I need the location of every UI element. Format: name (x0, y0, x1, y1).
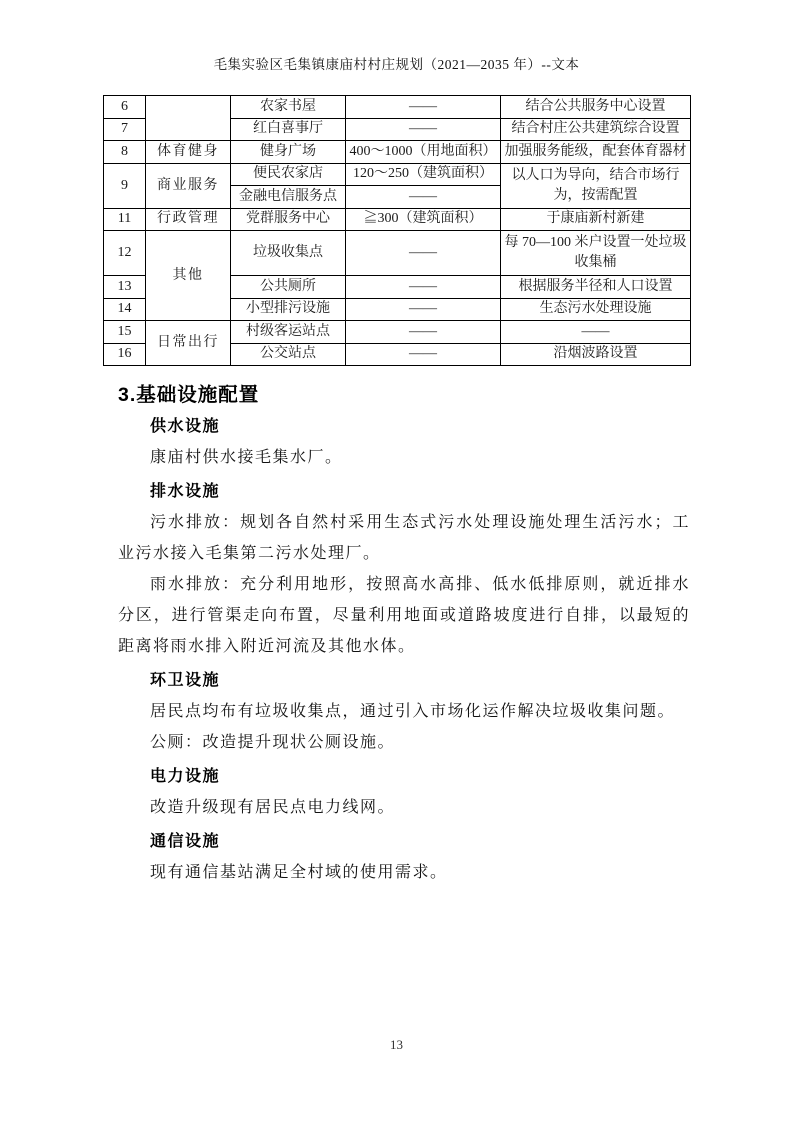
cell-note: 根据服务半径和人口设置 (501, 276, 691, 299)
paragraph: 居民点均布有垃圾收集点，通过引入市场化运作解决垃圾收集问题。 (118, 696, 690, 727)
cell-row-number: 11 (104, 208, 146, 231)
cell-note: 结合公共服务中心设置 (501, 96, 691, 119)
cell-facility-name: 公共厕所 (231, 276, 346, 299)
cell-scale: 120～250（建筑面积） (346, 163, 501, 186)
cell-row-number: 9 (104, 163, 146, 208)
section-heading: 3.基础设施配置 (118, 382, 690, 408)
cell-row-number: 14 (104, 298, 146, 321)
cell-facility-name: 金融电信服务点 (231, 186, 346, 209)
cell-facility-name: 党群服务中心 (231, 208, 346, 231)
subsection-heading: 排水设施 (150, 481, 690, 503)
cell-facility-name: 村级客运站点 (231, 321, 346, 344)
cell-row-number: 8 (104, 141, 146, 164)
cell-scale: —— (346, 96, 501, 119)
cell-note: 生态污水处理设施 (501, 298, 691, 321)
cell-row-number: 6 (104, 96, 146, 119)
cell-category (146, 96, 231, 141)
cell-note: 每 70—100 米户设置一处垃圾收集桶 (501, 231, 691, 276)
cell-facility-name: 垃圾收集点 (231, 231, 346, 276)
subsection-heading: 电力设施 (150, 766, 690, 788)
subsection-communication: 通信设施 现有通信基站满足全村域的使用需求。 (103, 831, 690, 888)
page-number: 13 (0, 1037, 793, 1053)
cell-facility-name: 红白喜事厅 (231, 118, 346, 141)
cell-note: 加强服务能级，配套体育器材 (501, 141, 691, 164)
cell-category: 商业服务 (146, 163, 231, 208)
cell-note: 于康庙新村新建 (501, 208, 691, 231)
table-row: 6 农家书屋 —— 结合公共服务中心设置 (104, 96, 691, 119)
page-header: 毛集实验区毛集镇康庙村村庄规划（2021—2035 年）--文本 (0, 57, 793, 72)
cell-note: 以人口为导向，结合市场行为，按需配置 (501, 163, 691, 208)
cell-row-number: 15 (104, 321, 146, 344)
paragraph: 改造升级现有居民点电力线网。 (118, 792, 690, 823)
paragraph: 康庙村供水接毛集水厂。 (118, 442, 690, 473)
cell-note: —— (501, 321, 691, 344)
section-infrastructure: 3.基础设施配置 供水设施 康庙村供水接毛集水厂。 排水设施 污水排放：规划各自… (103, 382, 690, 888)
cell-note: 结合村庄公共建筑综合设置 (501, 118, 691, 141)
paragraph: 现有通信基站满足全村域的使用需求。 (118, 857, 690, 888)
document-page: { "header": { "title": "毛集实验区毛集镇康庙村村庄规划（… (0, 0, 793, 1122)
table-row: 9 商业服务 便民农家店 120～250（建筑面积） 以人口为导向，结合市场行为… (104, 163, 691, 186)
cell-facility-name: 小型排污设施 (231, 298, 346, 321)
cell-facility-name: 便民农家店 (231, 163, 346, 186)
cell-scale: —— (346, 118, 501, 141)
cell-scale: ≧300（建筑面积） (346, 208, 501, 231)
cell-category: 其他 (146, 231, 231, 321)
cell-category: 体育健身 (146, 141, 231, 164)
paragraph: 污水排放：规划各自然村采用生态式污水处理设施处理生活污水；工业污水接入毛集第二污… (118, 507, 690, 569)
cell-row-number: 12 (104, 231, 146, 276)
paragraph: 雨水排放：充分利用地形，按照高水高排、低水低排原则，就近排水分区，进行管渠走向布… (118, 569, 690, 662)
subsection-sanitation: 环卫设施 居民点均布有垃圾收集点，通过引入市场化运作解决垃圾收集问题。 公厕：改… (103, 670, 690, 758)
cell-category: 行政管理 (146, 208, 231, 231)
cell-scale: —— (346, 343, 501, 366)
subsection-heading: 供水设施 (150, 416, 690, 438)
cell-facility-name: 农家书屋 (231, 96, 346, 119)
cell-scale: 400～1000（用地面积） (346, 141, 501, 164)
cell-row-number: 16 (104, 343, 146, 366)
table-row: 8 体育健身 健身广场 400～1000（用地面积） 加强服务能级，配套体育器材 (104, 141, 691, 164)
cell-facility-name: 健身广场 (231, 141, 346, 164)
table-row: 12 其他 垃圾收集点 —— 每 70—100 米户设置一处垃圾收集桶 (104, 231, 691, 276)
table-row: 11 行政管理 党群服务中心 ≧300（建筑面积） 于康庙新村新建 (104, 208, 691, 231)
cell-scale: —— (346, 321, 501, 344)
subsection-electric-power: 电力设施 改造升级现有居民点电力线网。 (103, 766, 690, 823)
cell-row-number: 7 (104, 118, 146, 141)
subsection-heading: 环卫设施 (150, 670, 690, 692)
subsection-drainage: 排水设施 污水排放：规划各自然村采用生态式污水处理设施处理生活污水；工业污水接入… (103, 481, 690, 662)
cell-scale: —— (346, 276, 501, 299)
facility-config-table: 6 农家书屋 —— 结合公共服务中心设置 7 红白喜事厅 —— 结合村庄公共建筑… (103, 95, 691, 366)
cell-scale: —— (346, 231, 501, 276)
cell-category: 日常出行 (146, 321, 231, 366)
subsection-heading: 通信设施 (150, 831, 690, 853)
cell-scale: —— (346, 186, 501, 209)
cell-row-number: 13 (104, 276, 146, 299)
cell-note: 沿烟波路设置 (501, 343, 691, 366)
subsection-water-supply: 供水设施 康庙村供水接毛集水厂。 (103, 416, 690, 473)
cell-scale: —— (346, 298, 501, 321)
table-row: 15 日常出行 村级客运站点 —— —— (104, 321, 691, 344)
paragraph: 公厕：改造提升现状公厕设施。 (118, 727, 690, 758)
cell-facility-name: 公交站点 (231, 343, 346, 366)
